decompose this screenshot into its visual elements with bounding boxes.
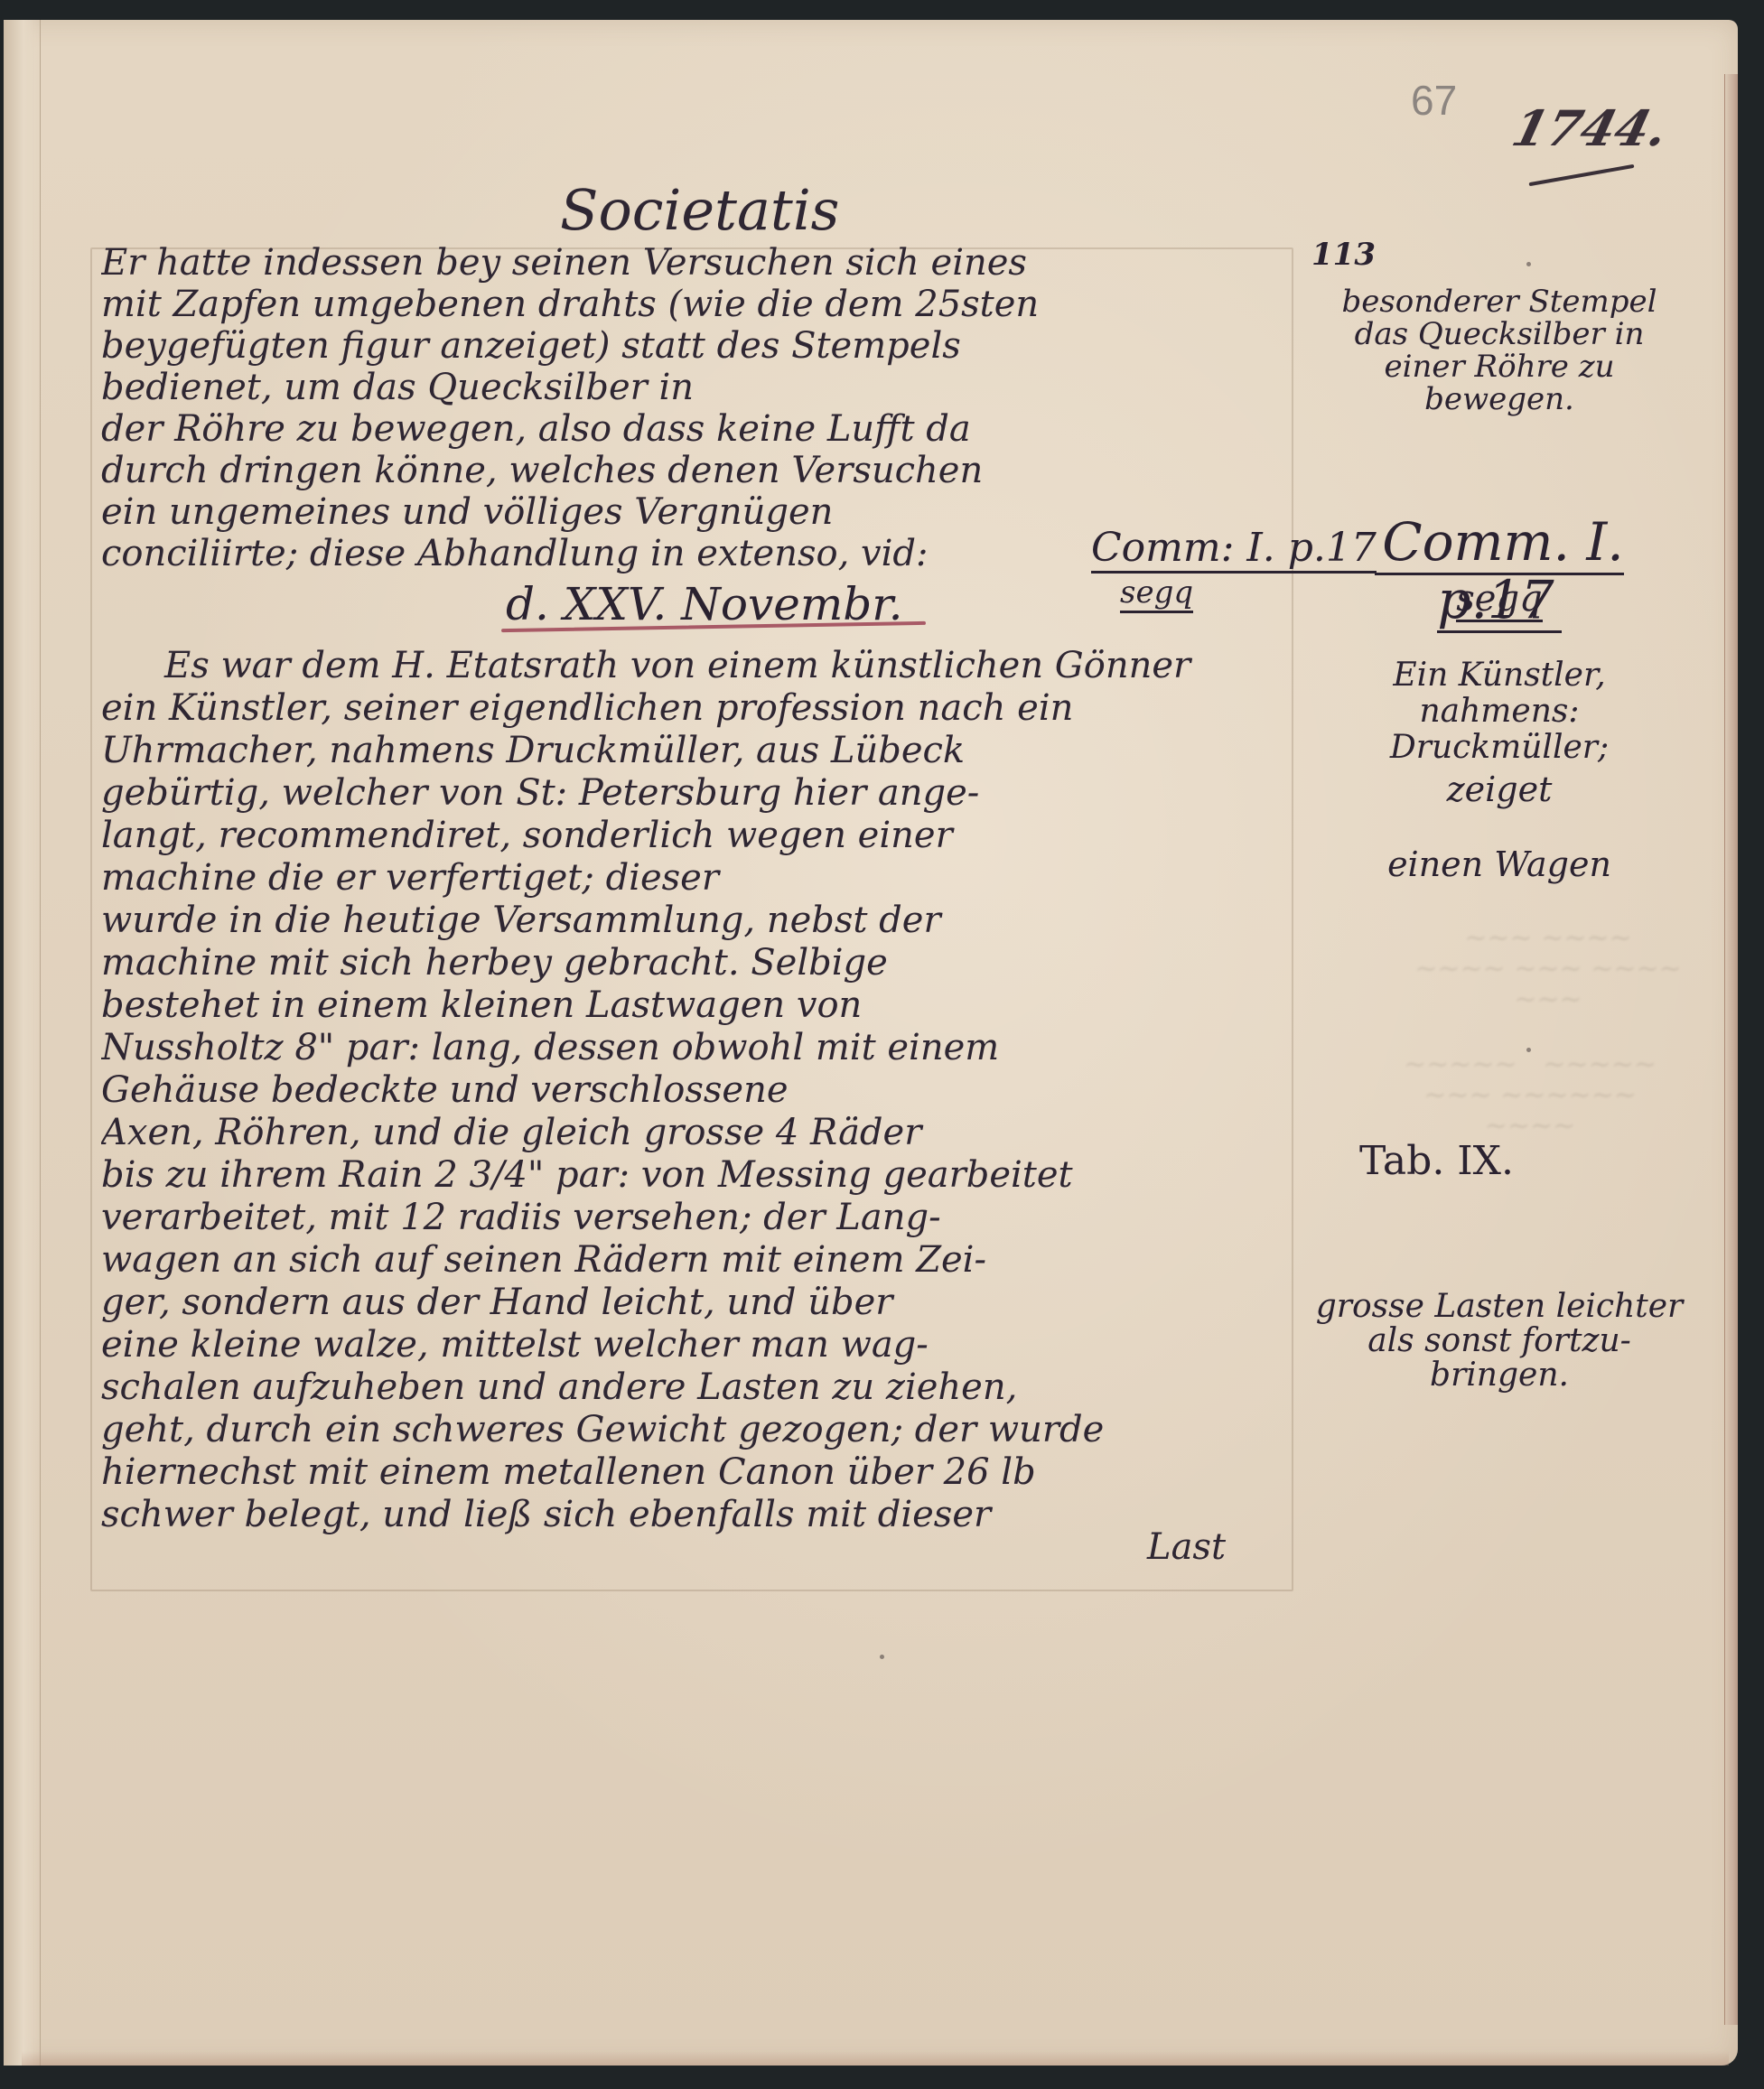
- margin-reference-segg: segq: [1310, 578, 1689, 620]
- book-gutter: [4, 20, 41, 2066]
- margin-note-kunstler: Ein Künstler, nahmens: Druckmüller;: [1310, 657, 1689, 766]
- text-line: bis zu ihrem Rain 2 3/4" par: von Messin…: [101, 1154, 1284, 1197]
- text-line: durch dringen könne, welches denen Versu…: [101, 450, 1284, 491]
- ink-speck: [1526, 1048, 1531, 1052]
- text-line: conciliirte; diese Abhandlung in extenso…: [101, 533, 1086, 574]
- show-through-text: ~~~ ~~~~~~~~ ~~~ ~~~~~~~: [1413, 923, 1684, 1015]
- page-bottom-edge: [22, 2051, 1729, 2066]
- text-line: wagen an sich auf seinen Rädern mit eine…: [101, 1239, 1284, 1282]
- text-line: Er hatte indessen bey seinen Versuchen s…: [101, 242, 1284, 284]
- margin-note-lasten: grosse Lasten leichter als sonst fortzu-…: [1310, 1290, 1689, 1393]
- margin-note-line: bewegen.: [1310, 383, 1689, 415]
- margin-note-line: besonderer Stempel: [1310, 285, 1689, 318]
- margin-table-reference: Tab. IX.: [1359, 1138, 1739, 1184]
- text-line: hiernechst mit einem metallenen Canon üb…: [101, 1451, 1284, 1494]
- show-through-text: ~~~~~ ~~~~~~~~ ~~~~~~~~~~: [1377, 1049, 1684, 1142]
- margin-note-line: Druckmüller;: [1310, 730, 1689, 766]
- text-line: langt, recommendiret, sonderlich wegen e…: [101, 815, 1284, 857]
- text-line: wurde in die heutige Versammlung, nebst …: [101, 900, 1284, 942]
- ink-speck: [880, 1655, 884, 1659]
- text-line: schwer belegt, und ließ sich ebenfalls m…: [101, 1494, 1284, 1536]
- ink-speck: [1526, 262, 1531, 266]
- main-text-block: Er hatte indessen bey seinen Versuchen s…: [101, 242, 1284, 1536]
- margin-note-line: Ein Künstler, nahmens:: [1310, 657, 1689, 730]
- margin-note-line: als sonst fortzu-: [1310, 1324, 1689, 1358]
- inline-reference-segg: segq: [1120, 574, 1193, 613]
- year-heading: 1744.: [1507, 99, 1674, 157]
- margin-note-wagen: einen Wagen: [1310, 844, 1689, 884]
- text-line: ein Künstler, seiner eigendlichen profes…: [101, 687, 1284, 730]
- text-line: Uhrmacher, nahmens Druckmüller, aus Lübe…: [101, 730, 1284, 772]
- text-line: Axen, Röhren, und die gleich grosse 4 Rä…: [101, 1112, 1284, 1154]
- paragraph-2: Es war dem H. Etatsrath von einem künstl…: [101, 645, 1284, 1536]
- text-line: machine die er verfertiget; dieser: [101, 857, 1284, 900]
- text-line: der Röhre zu bewegen, also dass keine Lu…: [101, 408, 1284, 450]
- text-line: schalen aufzuheben und andere Lasten zu …: [101, 1366, 1284, 1409]
- text-line: beygefügten figur anzeiget) statt des St…: [101, 325, 1284, 367]
- text-line: Gehäuse bedeckte und verschlossene: [101, 1069, 1284, 1112]
- text-line: bestehet in einem kleinen Lastwagen von: [101, 984, 1284, 1027]
- pencil-page-number: 67: [1411, 76, 1457, 125]
- page-header: Societatis: [560, 177, 840, 243]
- text-line: Es war dem H. Etatsrath von einem künstl…: [101, 645, 1284, 687]
- margin-note-stempel: besonderer Stempel das Quecksilber in ei…: [1310, 285, 1689, 415]
- margin-note-line: einer Röhre zu: [1310, 350, 1689, 383]
- text-line: mit Zapfen umgebenen drahts (wie die dem…: [101, 284, 1284, 325]
- page-fore-edge: [1724, 74, 1738, 2025]
- manuscript-scan: ~~~ ~~~~~~~~ ~~~ ~~~~~~~ ~~~~~ ~~~~~~~~ …: [0, 0, 1764, 2089]
- text-line: Nussholtz 8" par: lang, dessen obwohl mi…: [101, 1027, 1284, 1069]
- margin-note-line: grosse Lasten leichter: [1310, 1290, 1689, 1324]
- margin-note-line: das Quecksilber in: [1310, 318, 1689, 350]
- text-line: ger, sondern aus der Hand leicht, und üb…: [101, 1282, 1284, 1324]
- margin-reference-segg-text: segq: [1456, 578, 1542, 622]
- text-line: gebürtig, welcher von St: Petersburg hie…: [101, 772, 1284, 815]
- margin-note-zeiget: zeiget: [1310, 769, 1689, 809]
- margin-note-line: bringen.: [1310, 1358, 1689, 1393]
- text-line: machine mit sich herbey gebracht. Selbig…: [101, 942, 1284, 984]
- catchword: Last: [1147, 1526, 1226, 1568]
- text-line: geht, durch ein schweres Gewicht gezogen…: [101, 1409, 1284, 1451]
- text-line: eine kleine walze, mittelst welcher man …: [101, 1324, 1284, 1366]
- text-line: verarbeitet, mit 12 radiis versehen; der…: [101, 1197, 1284, 1239]
- text-line: bedienet, um das Quecksilber in: [101, 367, 1284, 408]
- entry-number: 113: [1311, 237, 1376, 273]
